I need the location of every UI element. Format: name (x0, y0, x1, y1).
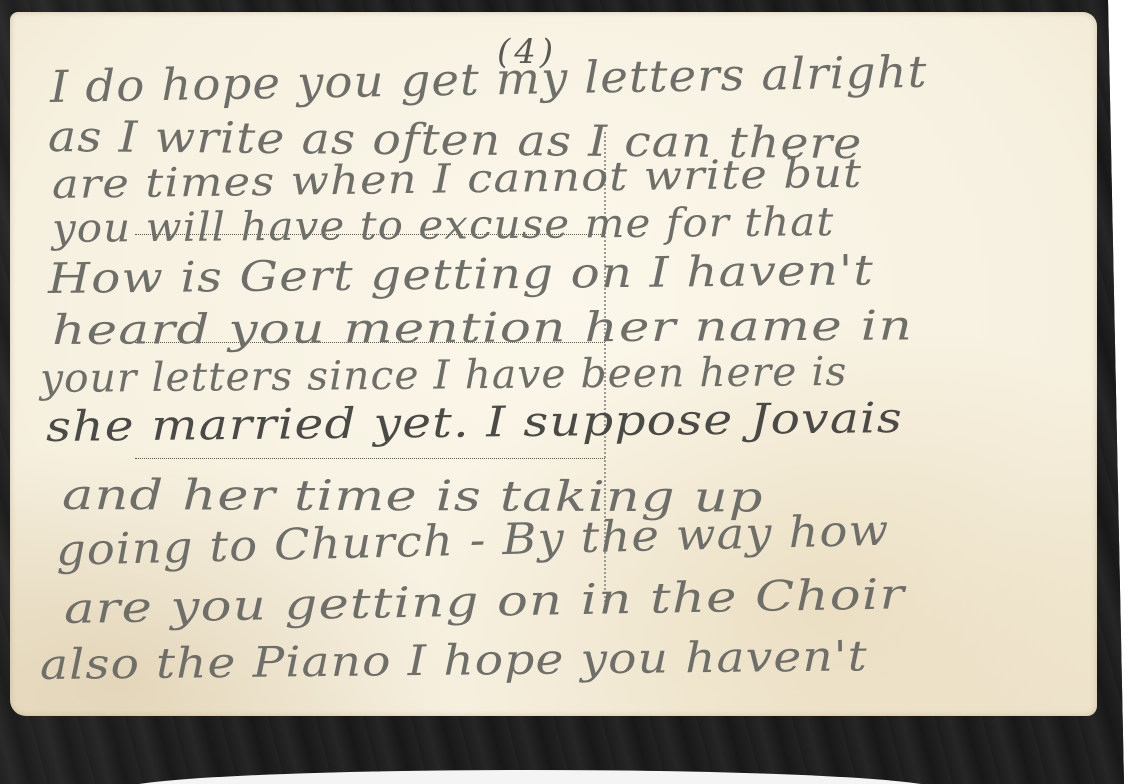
address-line-3 (135, 458, 605, 459)
handwritten-line-5: How is Gert getting on I haven't (48, 245, 874, 303)
handwritten-line-4: you will have to excuse me for that (52, 199, 835, 252)
handwritten-line-8: she married yet. I suppose Jovais (46, 393, 903, 451)
handwritten-line-6: heard you mention her name in (52, 301, 913, 354)
handwritten-line-12: also the Piano I hope you haven't (40, 631, 868, 689)
